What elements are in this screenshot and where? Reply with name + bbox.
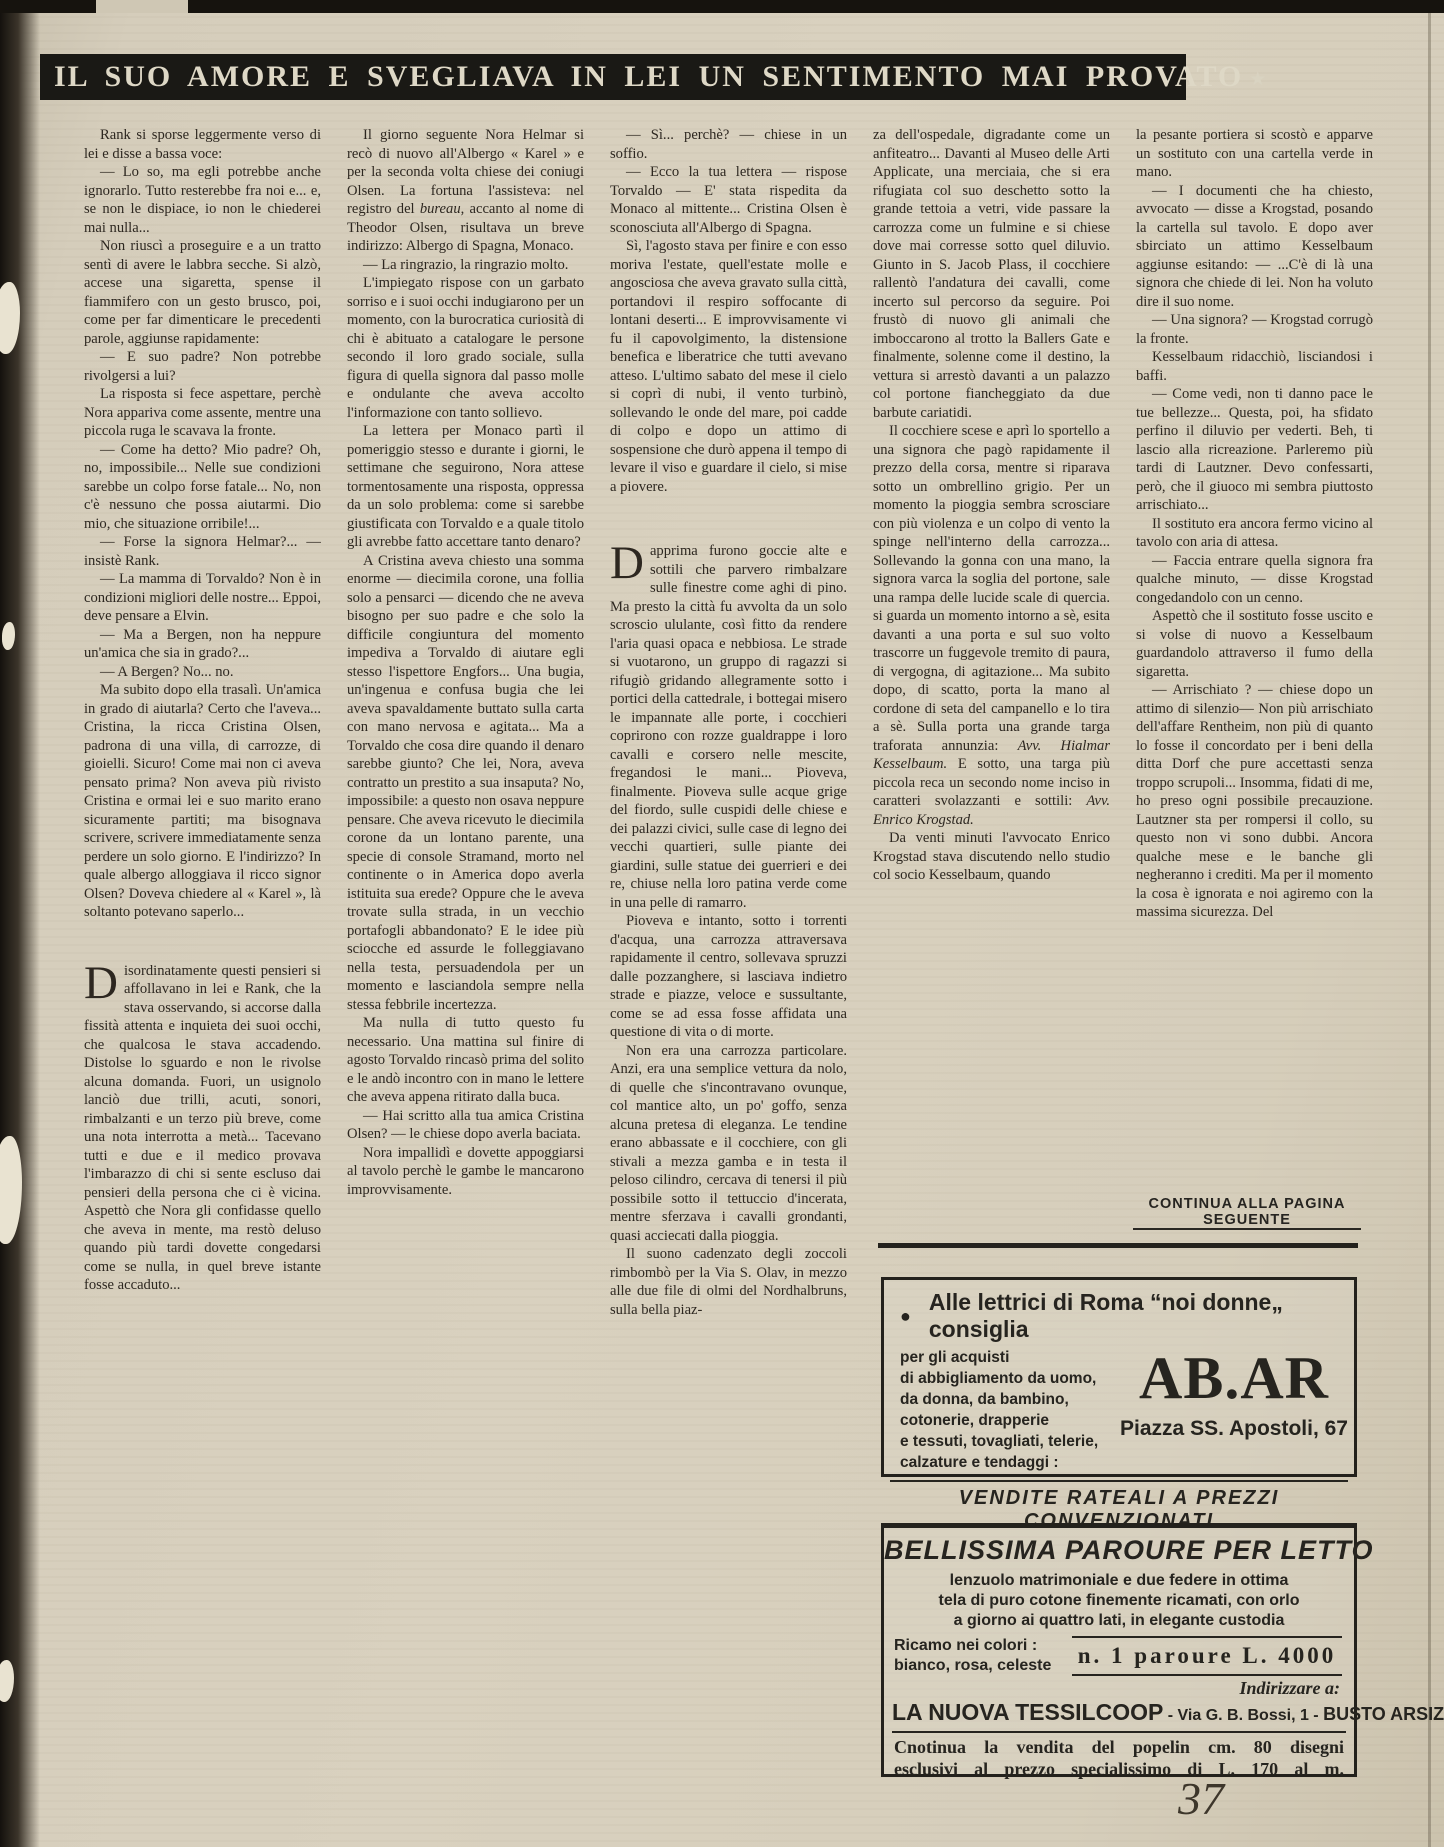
ad-text-line: Ricamo nei colori :	[894, 1636, 1062, 1656]
paragraph: za dell'ospedale, digradante come un anf…	[873, 126, 1110, 422]
paragraph: Ma subito dopo ella trasalì. Un'amica in…	[84, 681, 321, 922]
paragraph: La risposta si fece aspettare, perchè No…	[84, 385, 321, 441]
text-column-1: Rank si sporse leggermente verso di lei …	[84, 126, 321, 1564]
binding-edge	[0, 0, 40, 1847]
ad-text-line: tela di puro cotone finemente ricamati, …	[884, 1591, 1354, 1611]
scan-top-edge	[0, 0, 1444, 13]
magazine-page: IL SUO AMORE E SVEGLIAVA IN LEI UN SENTI…	[0, 0, 1444, 1847]
paragraph: — La mamma di Torvaldo? Non è in condizi…	[84, 570, 321, 626]
ad-text-line: a giorno ai quattro lati, in elegante cu…	[884, 1611, 1354, 1631]
text-column-5: la pesante portiera si scostò e apparve …	[1136, 126, 1373, 1188]
paragraph: Il sostituto era ancora fermo vicino al …	[1136, 515, 1373, 552]
paragraph: — La ringrazio, la ringrazio molto.	[347, 256, 584, 275]
page-fold-line	[1428, 0, 1431, 1847]
paragraph: — Sì... perchè? — chiese in un soffio.	[610, 126, 847, 163]
paragraph: A Cristina aveva chiesto una somma enorm…	[347, 552, 584, 1015]
headline-title: IL SUO AMORE E SVEGLIAVA IN LEI UN SENTI…	[40, 60, 1243, 94]
paragraph: — Come ha detto? Mio padre? Oh, no, impo…	[84, 441, 321, 534]
text-column-3: — Sì... perchè? — chiese in un soffio.— …	[610, 126, 847, 1564]
text-column-2: Il giorno seguente Nora Helmar si recò d…	[347, 126, 584, 1564]
ad-tessilcoop-price: n. 1 paroure L. 4000	[1072, 1636, 1342, 1676]
ad-text-line: bianco, rosa, celeste	[894, 1656, 1062, 1676]
ad-tessilcoop-address-label: Indirizzare a:	[884, 1676, 1354, 1699]
headline-banner: IL SUO AMORE E SVEGLIAVA IN LEI UN SENTI…	[40, 54, 1186, 100]
paragraph: Pioveva e intanto, sotto i torrenti d'ac…	[610, 912, 847, 1042]
paragraph: Il giorno seguente Nora Helmar si recò d…	[347, 126, 584, 256]
paragraph: Kesselbaum ridacchiò, lisciandosi i baff…	[1136, 348, 1373, 385]
paragraph: Il suono cadenzato degli zoccoli rimbomb…	[610, 1245, 847, 1319]
paragraph: — I documenti che ha chiesto, avvocato —…	[1136, 182, 1373, 312]
paragraph: Dapprima furono goccie alte e sottili ch…	[610, 542, 847, 912]
ad-tessilcoop-footer: Cnotinua la vendita del popelin cm. 80 d…	[884, 1733, 1354, 1780]
paragraph: — Hai scritto alla tua amica Cristina Ol…	[347, 1107, 584, 1144]
paragraph: — Una signora? — Krogstad corrugò la fro…	[1136, 311, 1373, 348]
ad-text-line: lenzuolo matrimoniale e due federe in ot…	[884, 1571, 1354, 1591]
paragraph: — E suo padre? Non potrebbe rivolgersi a…	[84, 348, 321, 385]
text-column-4: za dell'ospedale, digradante come un anf…	[873, 126, 1110, 1238]
paragraph: Nora impallidì e dovette appoggiarsi al …	[347, 1144, 584, 1200]
paragraph: la pesante portiera si scostò e apparve …	[1136, 126, 1373, 182]
paragraph: Ma nulla di tutto questo fu necessario. …	[347, 1014, 584, 1107]
paragraph: Il cocchiere scese e aprì lo sportello a…	[873, 422, 1110, 829]
ad-tessilcoop-colors: Ricamo nei colori :bianco, rosa, celeste	[894, 1636, 1062, 1676]
paragraph: Da venti minuti l'avvocato Enrico Krogst…	[873, 829, 1110, 885]
paragraph: L'impiegato rispose con un garbato sorri…	[347, 274, 584, 422]
ad-text-line: Cnotinua la vendita del popelin cm. 80 d…	[894, 1736, 1344, 1758]
paragraph: Aspettò che il sostituto fosse uscito e …	[1136, 607, 1373, 681]
paragraph: — Ma a Bergen, non ha neppure un'amica c…	[84, 626, 321, 663]
paragraph: Non era una carrozza particolare. Anzi, …	[610, 1042, 847, 1246]
ad-tessilcoop-company-line: LA NUOVA TESSILCOOP - Via G. B. Bossi, 1…	[884, 1699, 1354, 1726]
scan-top-edge-gap	[96, 0, 188, 13]
paragraph: — Lo so, ma egli potrebbe anche ignorarl…	[84, 163, 321, 237]
paragraph: Disordinatamente questi pensieri si affo…	[84, 962, 321, 1295]
paragraph: — A Bergen? No... no.	[84, 663, 321, 682]
ad-tessilcoop-company-name: LA NUOVA TESSILCOOP	[892, 1699, 1163, 1725]
paragraph: — Ecco la tua lettera — rispose Torvaldo…	[610, 163, 847, 237]
drop-cap: D	[610, 542, 650, 581]
paragraph: — Come vedi, non ti danno pace le tue be…	[1136, 385, 1373, 515]
page-number: 37	[1178, 1772, 1224, 1825]
paragraph: — Forse la signora Helmar?... — insistè …	[84, 533, 321, 570]
paragraph: Non riuscì a proseguire e a un tratto se…	[84, 237, 321, 348]
drop-cap: D	[84, 962, 124, 1001]
ad-text-line: esclusivi al prezzo specialissimo di L. …	[894, 1758, 1344, 1780]
ad-tessilcoop-description: lenzuolo matrimoniale e due federe in ot…	[884, 1566, 1354, 1631]
paragraph: — Faccia entrare quella signora fra qual…	[1136, 552, 1373, 608]
ad-tessilcoop-company-city: BUSTO ARSIZIO	[1323, 1704, 1444, 1724]
paragraph: La lettera per Monaco partì il pomeriggi…	[347, 422, 584, 552]
paragraph: Sì, l'agosto stava per finire e con esso…	[610, 237, 847, 496]
ad-tessilcoop-company-street: - Via G. B. Bossi, 1 -	[1163, 1707, 1323, 1724]
ad-tessilcoop-middle-row: Ricamo nei colori :bianco, rosa, celeste…	[884, 1631, 1354, 1676]
article-body: Rank si sporse leggermente verso di lei …	[84, 126, 1373, 1564]
star-icon: ★	[1249, 68, 1266, 91]
paragraph: — Arrischiato ? — chiese dopo un attimo …	[1136, 681, 1373, 922]
paragraph: Rank si sporse leggermente verso di lei …	[84, 126, 321, 163]
